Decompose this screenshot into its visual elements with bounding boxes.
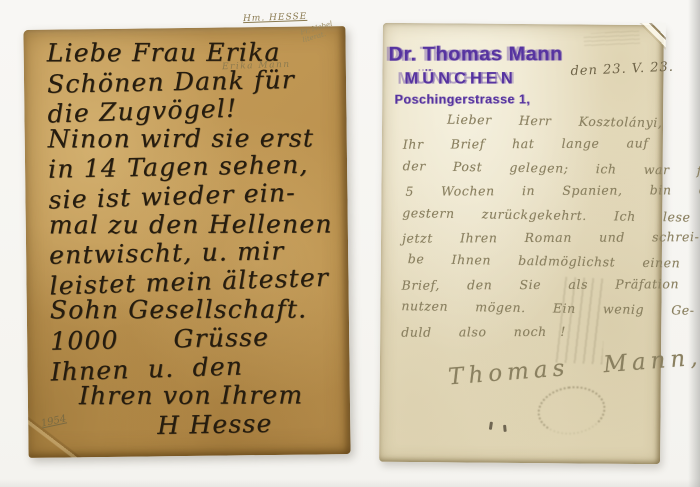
stamp-city: MÜNCHEN xyxy=(404,69,562,88)
hesse-handwriting-block: Liebe Frau Erika Schönen Dank für die Zu… xyxy=(47,37,347,441)
mann-handwriting-block: Lieber Herr Kosztolányi, Ihr Brief hat l… xyxy=(401,108,651,344)
handwriting-line: Brief, den Sie als Präfation be- xyxy=(402,272,650,297)
handwriting-line: nutzen mögen. Ein wenig Ge- xyxy=(401,294,649,321)
handwriting-line: Ihr Brief hat lange auf xyxy=(403,132,651,157)
signature-hesse: H Hesse xyxy=(157,408,347,440)
handwriting-line: be Ihnen baldmöglichst einen xyxy=(408,248,650,275)
handwriting-line: mal zu den Hellenen xyxy=(49,210,344,240)
stamp-name: Dr. Thomas Mann xyxy=(388,43,562,66)
ink-speck xyxy=(489,422,493,430)
address-stamp: Dr. Thomas Mann MÜNCHEN Poschingerstrass… xyxy=(388,43,562,106)
handwriting-line: gestern zurückgekehrt. Ich lese xyxy=(402,201,650,228)
handwriting-line: Liebe Frau Erika xyxy=(47,38,342,68)
handwriting-line: der Post gelegen; ich war fast xyxy=(402,154,650,181)
handwriting-line: jetzt Ihren Roman und schrei- xyxy=(402,225,650,250)
hesse-postcard: Liebe Frau Erika Schönen Dank für die Zu… xyxy=(23,26,350,458)
mann-postcard: Dr. Thomas Mann MÜNCHEN Poschingerstrass… xyxy=(379,23,664,464)
pencil-note-author: Hm. HESSE xyxy=(243,12,308,24)
ink-speck xyxy=(503,425,507,432)
handwriting-line: duld also noch ! xyxy=(401,319,649,344)
handwriting-line: Lieber Herr Kosztolányi, xyxy=(447,108,651,135)
handwriting-line: 5 Wochen in Spanien, bin erst xyxy=(405,179,650,204)
faint-pencil-scribble xyxy=(583,30,640,49)
handwriting-line: Ihren von Ihrem xyxy=(79,381,346,411)
handwriting-line: Sohn Gesellschaft. xyxy=(50,296,345,326)
handwritten-date: den 23. V. 23. xyxy=(570,60,674,79)
scan-bottom-shadow xyxy=(0,479,700,487)
ink-offset-streaks xyxy=(554,277,606,365)
faint-postmark-circle xyxy=(535,382,609,438)
stamp-street: Poschingerstrasse 1, xyxy=(394,92,562,106)
